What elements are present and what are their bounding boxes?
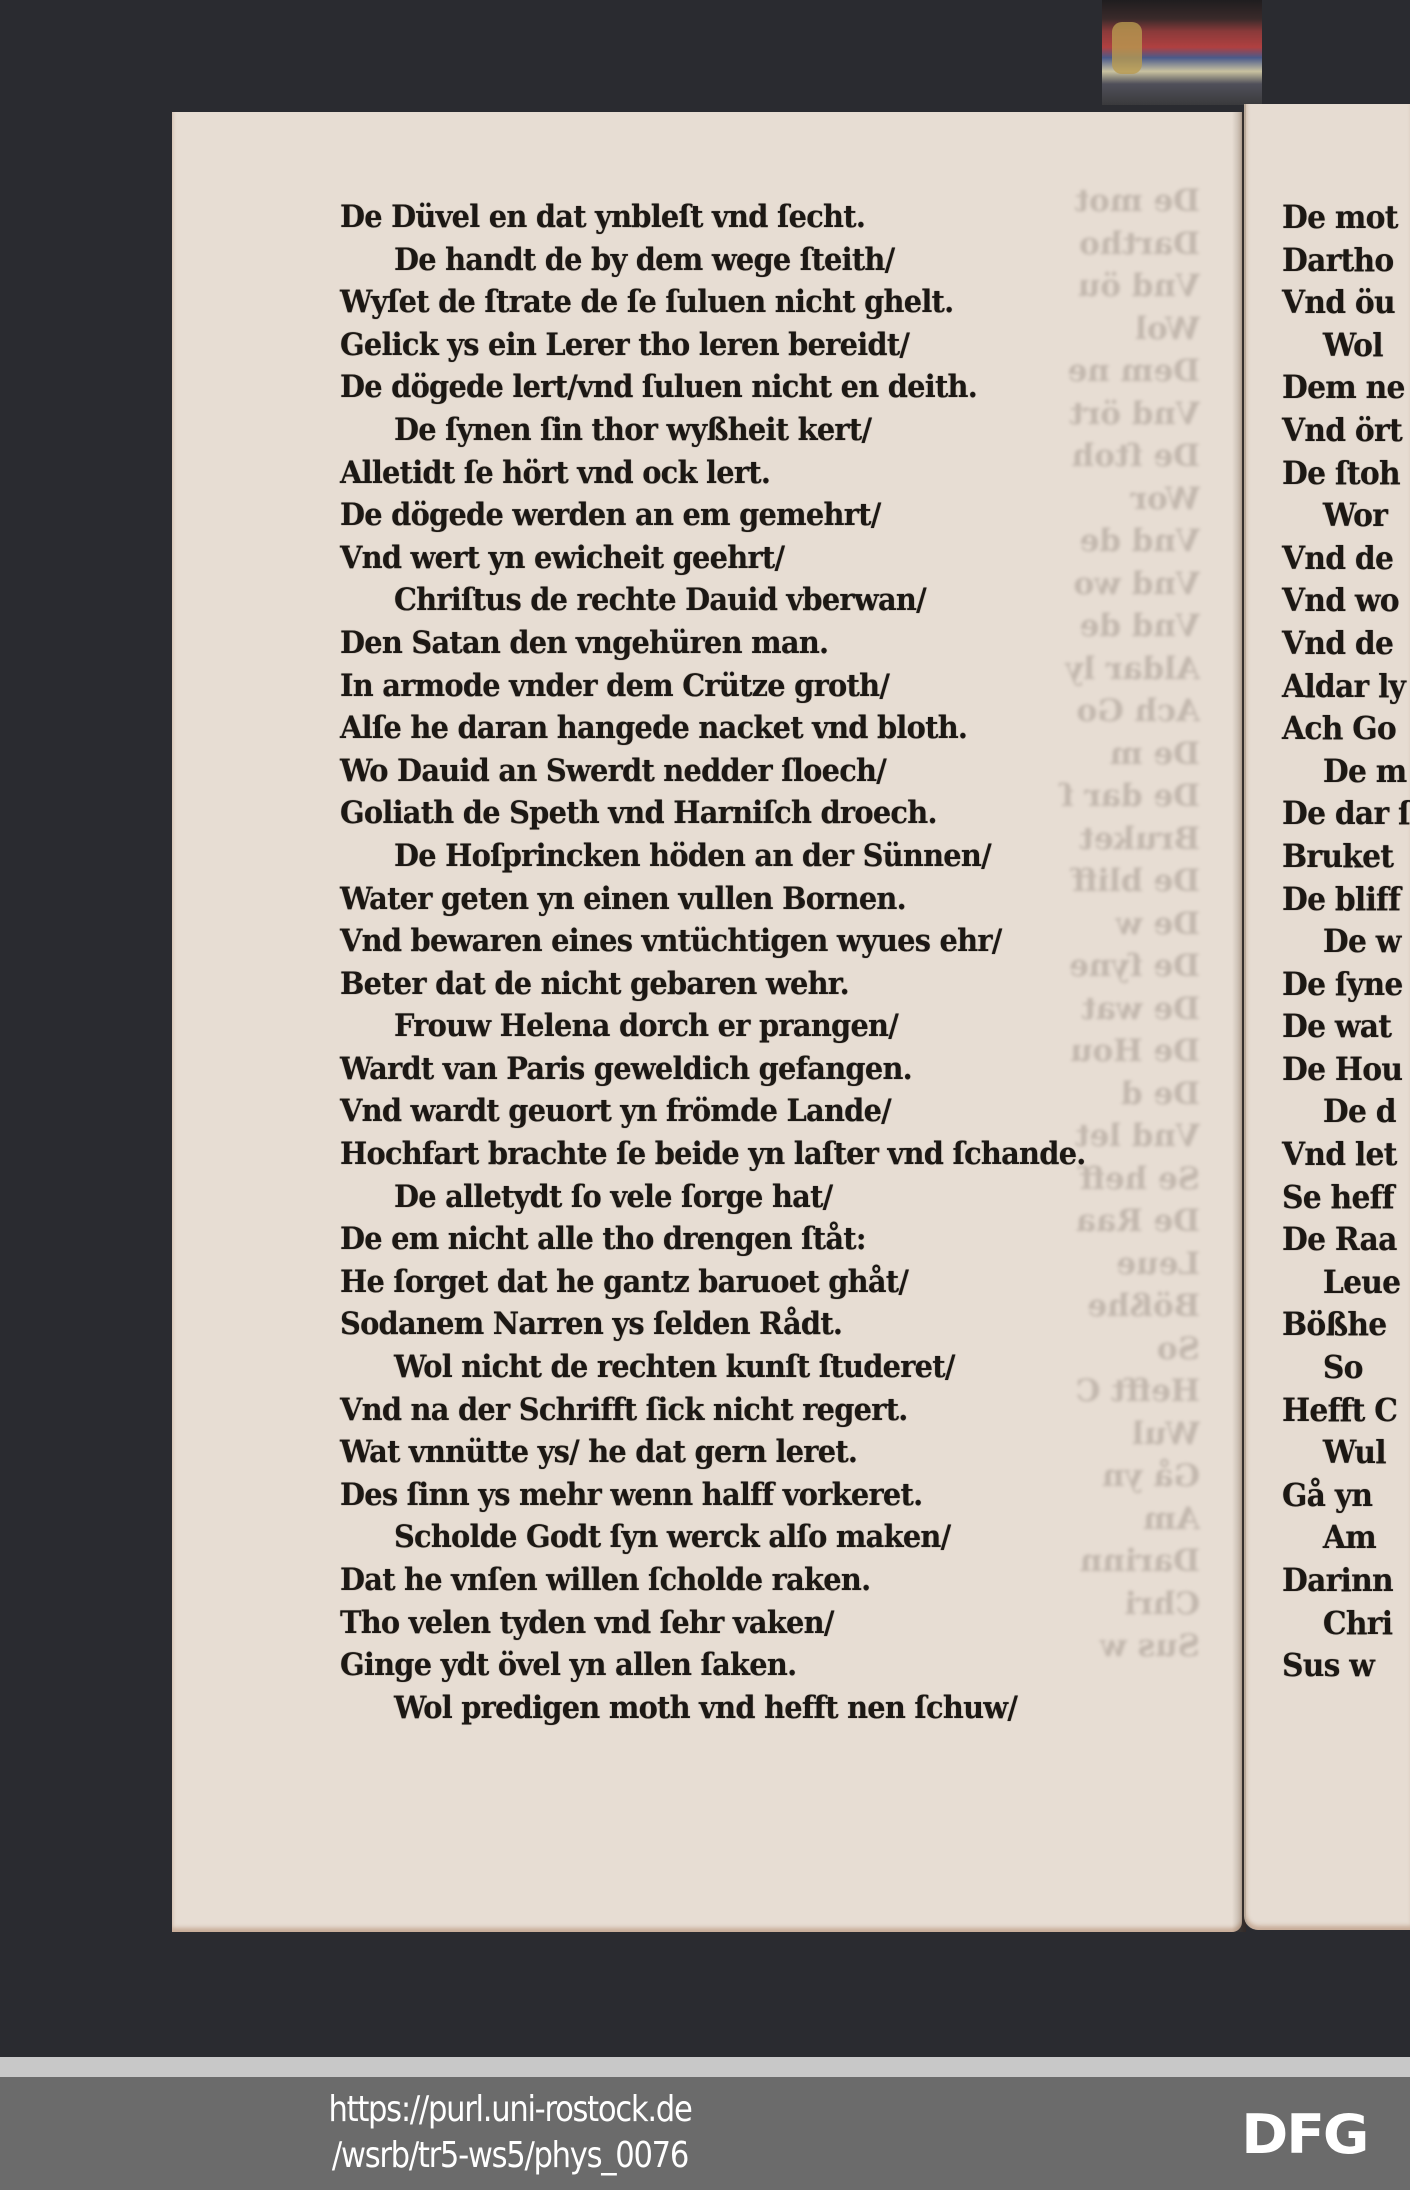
- left-page-line: De em nicht alle tho drengen ſtåt:: [340, 1218, 1158, 1261]
- left-page-line: Water geten yn einen vullen Bornen.: [340, 878, 1158, 921]
- left-page-line: Beter dat de nicht gebaren wehr.: [340, 963, 1158, 1006]
- right-page-line: De wat: [1282, 1005, 1410, 1048]
- left-page-line: Wol predigen moth vnd hefft nen ſchuw/: [340, 1687, 1158, 1730]
- left-page-line: De Düvel en dat ynbleſt vnd ſecht.: [340, 196, 1158, 239]
- left-page-line: De alletydt ſo vele ſorge hat/: [340, 1176, 1158, 1219]
- left-page-line: De handt de by dem wege ſteith/: [340, 239, 1158, 282]
- left-page-line: Ginge ydt övel yn allen ſaken.: [340, 1644, 1158, 1687]
- right-page-line: Wul: [1282, 1431, 1410, 1474]
- right-page-line: De w: [1282, 920, 1410, 963]
- right-page-line: Wol: [1282, 324, 1410, 367]
- right-page-line: Bruket: [1282, 835, 1410, 878]
- left-page-line: De ſynen ſin thor wyßheit kert/: [340, 409, 1158, 452]
- right-page-line: Chri: [1282, 1602, 1410, 1645]
- left-page-text: De Düvel en dat ynbleſt vnd ſecht.De han…: [340, 196, 1220, 1729]
- left-page-line: Scholde Godt ſyn werck alſo maken/: [340, 1516, 1158, 1559]
- left-page-line: Wyſet de ſtrate de ſe ſuluen nicht ghelt…: [340, 281, 1158, 324]
- right-page-line: De Hou: [1282, 1048, 1410, 1091]
- footer-bar: https://purl.uni-rostock.de /wsrb/tr5-ws…: [0, 2077, 1410, 2190]
- right-page-line: Ach Go: [1282, 707, 1410, 750]
- left-page-line: Wo Dauid an Swerdt nedder ſloech/: [340, 750, 1158, 793]
- left-page-line: Alſe he daran hangede nacket vnd bloth.: [340, 707, 1158, 750]
- right-page-line: Darinn: [1282, 1559, 1410, 1602]
- left-page-line: Dat he vnſen willen ſcholde raken.: [340, 1559, 1158, 1602]
- right-page-line: De dar ſ: [1282, 792, 1410, 835]
- left-page-line: Wardt van Paris geweldich gefangen.: [340, 1048, 1158, 1091]
- right-page-line: Dem ne: [1282, 366, 1410, 409]
- right-page: De motDarthoVnd öuWolDem neVnd örtDe ſto…: [1244, 104, 1410, 1930]
- right-page-line: De d: [1282, 1090, 1410, 1133]
- left-page-line: Vnd wert yn ewicheit geehrt/: [340, 537, 1158, 580]
- right-page-line: De ſtoh: [1282, 452, 1410, 495]
- left-page-line: De Hoſprincken höden an der Sünnen/: [340, 835, 1158, 878]
- right-page-text: De motDarthoVnd öuWolDem neVnd örtDe ſto…: [1282, 196, 1410, 1687]
- right-page-line: Vnd ört: [1282, 409, 1410, 452]
- left-page-line: De dögede lert/vnd ſuluen nicht en deith…: [340, 366, 1158, 409]
- left-page-line: In armode vnder dem Crütze groth/: [340, 665, 1158, 708]
- right-page-line: Vnd let: [1282, 1133, 1410, 1176]
- right-page-line: De mot: [1282, 196, 1410, 239]
- right-page-line: Gå yn: [1282, 1474, 1410, 1517]
- right-page-line: Vnd wo: [1282, 579, 1410, 622]
- left-page-line: Alletidt ſe hört vnd ock lert.: [340, 452, 1158, 495]
- left-page-line: Goliath de Speth vnd Harniſch droech.: [340, 792, 1158, 835]
- left-page-line: Vnd wardt geuort yn frömde Lande/: [340, 1090, 1158, 1133]
- right-page-line: Hefft C: [1282, 1389, 1410, 1432]
- right-page-line: Bößhe: [1282, 1303, 1410, 1346]
- right-page-line: Vnd öu: [1282, 281, 1410, 324]
- right-page-line: Am: [1282, 1516, 1410, 1559]
- book-binding-edge: [1102, 0, 1262, 105]
- left-page-line: Wat vnnütte ys/ he dat gern leret.: [340, 1431, 1158, 1474]
- right-page-line: Vnd de: [1282, 622, 1410, 665]
- right-page-line: So: [1282, 1346, 1410, 1389]
- left-page-line: Vnd bewaren eines vntüchtigen wyues ehr/: [340, 920, 1158, 963]
- right-page-line: De ſyne: [1282, 963, 1410, 1006]
- dfg-logo: DFG: [1241, 2109, 1399, 2161]
- permalink-url[interactable]: https://purl.uni-rostock.de /wsrb/tr5-ws…: [77, 2087, 944, 2179]
- permalink-url-line1[interactable]: https://purl.uni-rostock.de: [77, 2087, 944, 2133]
- left-page-line: Tho velen tyden vnd ſehr vaken/: [340, 1602, 1158, 1645]
- right-page-line: Sus w: [1282, 1644, 1410, 1687]
- left-page-line: Chriſtus de rechte Dauid vberwan/: [340, 579, 1158, 622]
- left-page-line: Den Satan den vngehüren man.: [340, 622, 1158, 665]
- scan-area: De mot Dartho Vnd öu Wol Dem ne Vnd ört …: [0, 0, 1410, 2057]
- right-page-line: De bliff: [1282, 878, 1410, 921]
- right-page-line: De Raa: [1282, 1218, 1410, 1261]
- left-page-line: Vnd na der Schrifft ſick nicht regert.: [340, 1389, 1158, 1432]
- left-page-line: De dögede werden an em gemehrt/: [340, 494, 1158, 537]
- right-page-line: Leue: [1282, 1261, 1410, 1304]
- footer-divider-strip: [0, 2057, 1410, 2077]
- right-page-line: Dartho: [1282, 239, 1410, 282]
- permalink-url-line2[interactable]: /wsrb/tr5-ws5/phys_0076: [77, 2133, 944, 2179]
- right-page-line: Vnd de: [1282, 537, 1410, 580]
- left-page-line: Sodanem Narren ys ſelden Rådt.: [340, 1303, 1158, 1346]
- left-page-line: Hochfart brachte ſe beide yn laſter vnd …: [340, 1133, 1158, 1176]
- left-page-line: Des ſinn ys mehr wenn halff vorkeret.: [340, 1474, 1158, 1517]
- right-page-line: Aldar ly: [1282, 665, 1410, 708]
- right-page-line: Se heff: [1282, 1176, 1410, 1219]
- left-page-line: He ſorget dat he gantz baruoet ghåt/: [340, 1261, 1158, 1304]
- right-page-line: Wor: [1282, 494, 1410, 537]
- left-page-line: Wol nicht de rechten kunſt ſtuderet/: [340, 1346, 1158, 1389]
- left-page-line: Gelick ys ein Lerer tho leren bereidt/: [340, 324, 1158, 367]
- right-page-line: De m: [1282, 750, 1410, 793]
- left-page-line: Frouw Helena dorch er prangen/: [340, 1005, 1158, 1048]
